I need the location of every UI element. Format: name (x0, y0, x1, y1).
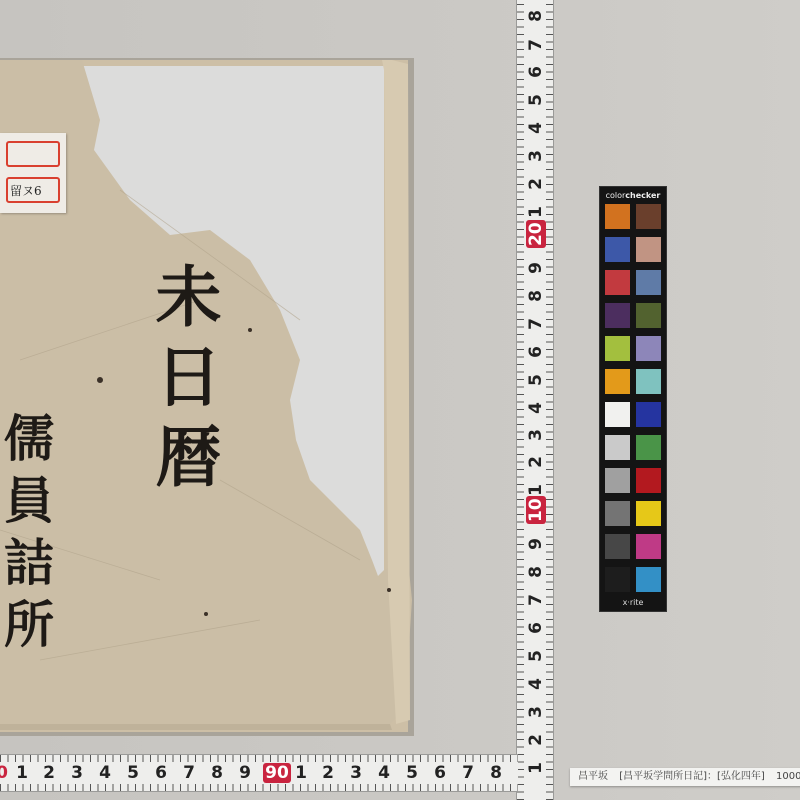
xrite-logo: x·rite (600, 598, 666, 607)
color-swatch (636, 336, 661, 361)
ruler-label-highlight: 90 (262, 763, 292, 783)
color-swatch (605, 204, 630, 229)
ruler-label: 2 (318, 763, 338, 783)
color-swatch (636, 435, 661, 460)
color-swatch (605, 501, 630, 526)
ruler-label: 8 (486, 763, 506, 783)
ruler-label: 0 (0, 763, 12, 783)
ruler-label-highlight: 20 (526, 228, 546, 248)
scan-background: 留ヌ6 未日暦 儒員詰所 8 7 6 5 4 3 2 1 20 9 8 7 6 … (0, 0, 800, 800)
ruler-label: 6 (526, 342, 546, 362)
horizontal-ruler: 0 1 2 3 4 5 6 7 8 9 90 1 2 3 4 5 6 7 8 (0, 754, 518, 792)
ruler-label: 1 (291, 763, 311, 783)
ruler-label: 4 (526, 674, 546, 694)
color-swatch (605, 402, 630, 427)
ruler-label: 8 (207, 763, 227, 783)
ruler-label: 9 (526, 534, 546, 554)
ruler-label: 2 (39, 763, 59, 783)
ruler-label: 8 (526, 562, 546, 582)
ruler-label: 1 (526, 758, 546, 778)
ruler-label: 8 (526, 286, 546, 306)
color-swatch (636, 270, 661, 295)
ruler-label: 7 (526, 314, 546, 334)
ruler-label: 4 (374, 763, 394, 783)
color-swatch (605, 468, 630, 493)
color-checker-card: colorchecker x·rite (599, 186, 667, 612)
ruler-label: 3 (526, 702, 546, 722)
ruler-label: 4 (95, 763, 115, 783)
ruler-label: 3 (67, 763, 87, 783)
color-swatch-grid (605, 204, 663, 592)
color-swatch (636, 369, 661, 394)
catalog-label: 留ヌ6 (0, 133, 66, 213)
book-subtitle: 儒員詰所 (0, 412, 50, 660)
ruler-label: 7 (179, 763, 199, 783)
color-swatch (605, 567, 630, 592)
color-swatch (636, 402, 661, 427)
ruler-label: 5 (526, 370, 546, 390)
ruler-label: 1 (12, 763, 32, 783)
ruler-label: 4 (526, 398, 546, 418)
ruler-label: 3 (346, 763, 366, 783)
ruler-label: 1 (526, 202, 546, 222)
catalog-caption: 昌平坂 [昌平坂学問所日記]：[弘化四年] 10003 (570, 768, 800, 786)
ruler-label: 5 (123, 763, 143, 783)
ruler-label: 7 (526, 35, 546, 55)
color-swatch (605, 303, 630, 328)
color-swatch (605, 369, 630, 394)
ruler-label: 3 (526, 146, 546, 166)
ruler-label: 3 (526, 425, 546, 445)
vertical-ruler: 8 7 6 5 4 3 2 1 20 9 8 7 6 5 4 3 2 1 10 … (516, 0, 554, 800)
color-swatch (605, 435, 630, 460)
ruler-label: 9 (526, 258, 546, 278)
ruler-label: 9 (235, 763, 255, 783)
color-swatch (636, 468, 661, 493)
label-box-top (6, 141, 60, 167)
book-title: 未日暦 (150, 262, 216, 502)
ruler-label: 2 (526, 730, 546, 750)
color-checker-title: colorchecker (600, 191, 666, 200)
ruler-label: 2 (526, 452, 546, 472)
color-swatch (605, 270, 630, 295)
ruler-label: 6 (526, 62, 546, 82)
color-swatch (636, 534, 661, 559)
ruler-label: 6 (430, 763, 450, 783)
ruler-label: 8 (526, 6, 546, 26)
ruler-label: 5 (526, 646, 546, 666)
caption-title: [昌平坂学問所日記]：[弘化四年] (619, 771, 765, 782)
color-swatch (636, 501, 661, 526)
color-swatch (636, 303, 661, 328)
ruler-label: 2 (526, 174, 546, 194)
ruler-label: 7 (526, 590, 546, 610)
ruler-label: 6 (526, 618, 546, 638)
ruler-label-highlight: 10 (526, 504, 546, 524)
ruler-label: 5 (526, 90, 546, 110)
color-swatch (605, 336, 630, 361)
color-swatch (605, 237, 630, 262)
caption-id: 10003 (776, 771, 800, 782)
color-swatch (636, 204, 661, 229)
ruler-label: 7 (458, 763, 478, 783)
color-swatch (605, 534, 630, 559)
ruler-label: 4 (526, 118, 546, 138)
ruler-label: 5 (402, 763, 422, 783)
color-swatch (636, 567, 661, 592)
caption-collection: 昌平坂 (578, 771, 608, 782)
label-handwritten-code: 留ヌ6 (10, 182, 42, 199)
color-swatch (636, 237, 661, 262)
ruler-label: 6 (151, 763, 171, 783)
